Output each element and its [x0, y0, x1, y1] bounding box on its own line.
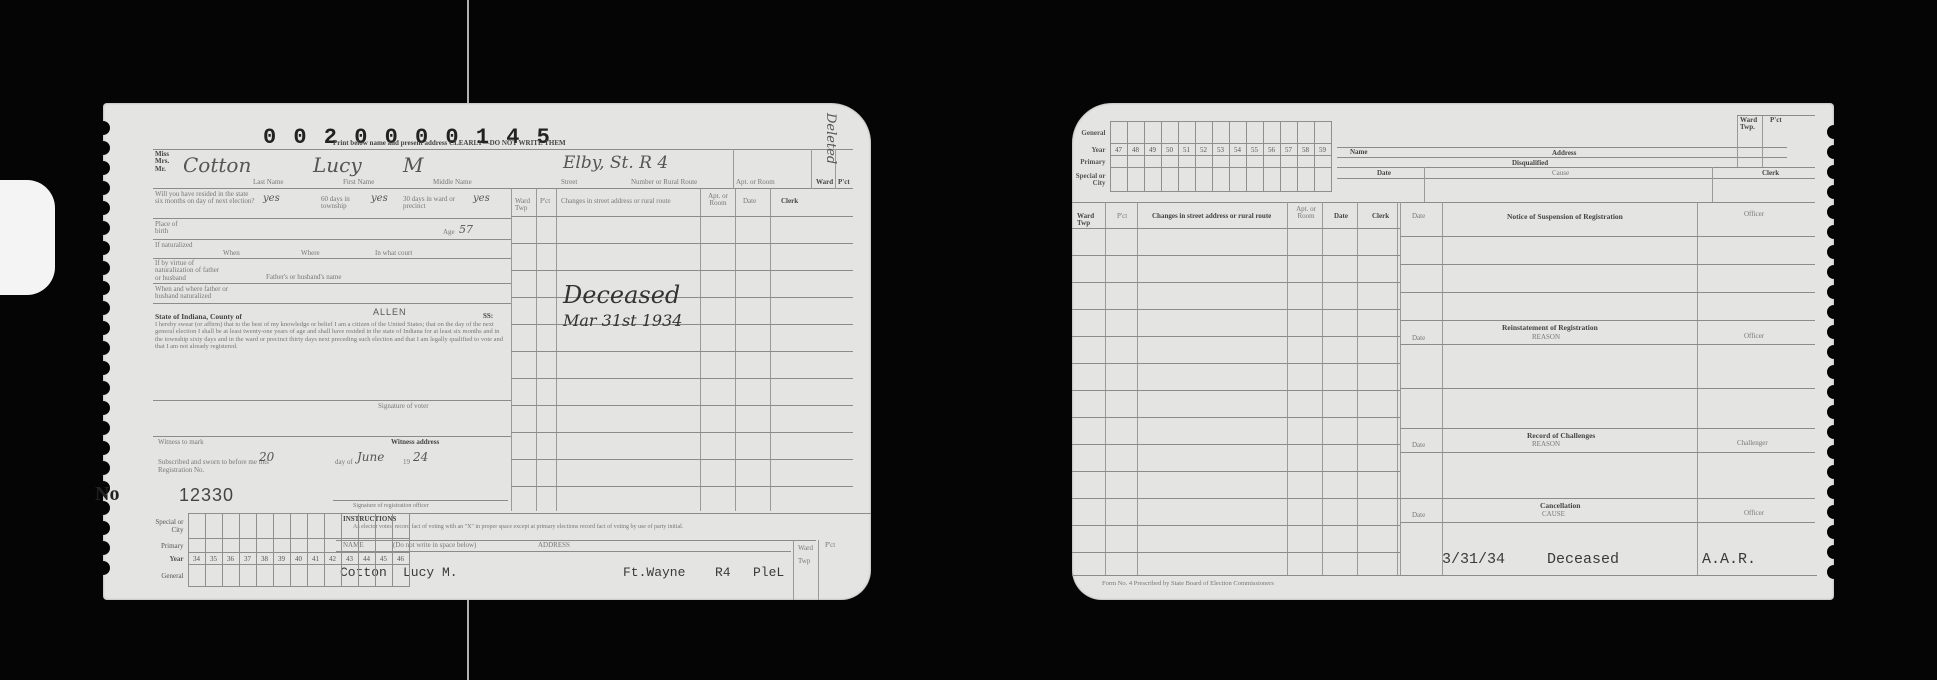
header-instruction: Print below name and present address CLE…	[333, 140, 566, 147]
cancellation-officer-value: A.A.R.	[1702, 551, 1756, 568]
reinstatement-reason-label: REASON	[1532, 334, 1560, 341]
changes-header-address: Changes in street address or rural route	[1152, 213, 1271, 220]
residency-answer-state: yes	[263, 193, 280, 204]
reinstatement-title: Reinstatement of Registration	[1502, 324, 1598, 332]
changes-header-apt: Apt. or Room	[1292, 206, 1320, 221]
scalloped-edge	[96, 121, 110, 581]
registration-officer-signature	[263, 485, 267, 499]
challenges-reason-label: REASON	[1532, 441, 1560, 448]
typed-ward: R4	[715, 565, 731, 580]
cause-label: Cause	[1552, 170, 1569, 177]
residency-question: Will you have resided in the state six m…	[155, 191, 255, 206]
signature-of-voter-label: Signature of voter	[378, 403, 429, 410]
first-name-value: Lucy	[313, 153, 362, 177]
registration-number: 12330	[179, 485, 234, 506]
name-label: Name	[1350, 149, 1368, 156]
cancellation-officer-label: Officer	[1744, 510, 1764, 517]
place-of-birth-label: Place of birth	[155, 221, 185, 236]
age-value: 57	[459, 223, 473, 236]
changes-header-clerk: Clerk	[1372, 213, 1389, 220]
challenges-date-label: Date	[1412, 442, 1425, 449]
subscribed-day-value: 20	[259, 450, 274, 464]
father-naturalized-label: When and where father or husband natural…	[155, 286, 250, 301]
cancellation-date-label: Date	[1412, 512, 1425, 519]
residency-ward-label: 30 days in ward or precinct	[403, 196, 468, 211]
number-label: Number or Rural Route	[631, 179, 697, 186]
ward-label: Ward	[816, 179, 833, 186]
reinstatement-officer-label: Officer	[1744, 333, 1764, 340]
changes-header-pct: P'ct	[540, 198, 550, 205]
cancellation-title: Cancellation	[1540, 502, 1580, 510]
registration-card-back: General Year 47484950515253545556575859 …	[1072, 103, 1834, 600]
clerk-label: Clerk	[1762, 170, 1779, 177]
cancellation-date-value: 3/31/34	[1442, 551, 1505, 568]
subscribed-month-value: June	[357, 450, 384, 464]
day-of-label: day of	[335, 459, 353, 466]
county-value: ALLEN	[373, 307, 407, 317]
suspension-date-label: Date	[1412, 213, 1425, 220]
changes-header-ward: Ward Twp	[515, 198, 535, 213]
changes-header-address: Changes in street address or rural route	[561, 198, 671, 205]
title-prefixes: Miss Mrs. Mr.	[155, 151, 169, 173]
naturalized-when-label: When	[223, 250, 240, 257]
father-name-label: Father's or husband's name	[266, 274, 341, 281]
street-label: Street	[561, 179, 577, 186]
oath-text: I hereby swear (or affirm) that to the b…	[155, 321, 507, 351]
middle-name-label: Middle Name	[433, 179, 472, 186]
challenges-challenger-label: Challenger	[1737, 440, 1768, 447]
residency-answer-township: yes	[371, 193, 388, 204]
margin-note: Deleted	[823, 113, 838, 164]
instructions-address-col: ADDRESS	[538, 542, 570, 549]
handwritten-deceased: Deceased	[563, 281, 680, 309]
pct-label: P'ct	[1770, 117, 1782, 124]
residency-answer-ward: yes	[473, 193, 490, 204]
ss-label: SS:	[483, 313, 493, 320]
suspension-title: Notice of Suspension of Registration	[1507, 213, 1623, 221]
date-label: Date	[1377, 170, 1391, 177]
changes-header-clerk: Clerk	[781, 198, 798, 205]
street-value: Elby, St. R 4	[563, 153, 668, 173]
apt-label: Apt. or Room	[736, 179, 775, 186]
typed-pct: PleL	[753, 565, 784, 580]
registration-no-label: Registration No.	[158, 467, 204, 474]
last-name-label: Last Name	[253, 179, 284, 186]
scalloped-edge	[1827, 125, 1841, 585]
naturalized-if-label: If naturalized	[155, 242, 195, 249]
challenges-title: Record of Challenges	[1527, 432, 1595, 440]
cancellation-cause-value: Deceased	[1547, 551, 1619, 568]
age-label: Age	[443, 229, 455, 236]
subscribed-year-value: 24	[413, 450, 428, 464]
registration-card-front: 0 0 2 0 0 0 0 1 4 5 Print below name and…	[103, 103, 871, 600]
last-name-value: Cotton	[183, 153, 251, 177]
witness-label: Witness to mark	[158, 439, 204, 446]
film-edge-blob	[0, 180, 55, 295]
state-county-label: State of Indiana, County of	[155, 313, 242, 321]
changes-header-date: Date	[1334, 213, 1348, 220]
pct-label: P'ct	[838, 179, 850, 186]
naturalized-court-label: In what court	[375, 250, 412, 257]
cancellation-cause-label: CAUSE	[1542, 511, 1565, 518]
no-symbol: No	[95, 483, 119, 506]
changes-header-apt: Apt. or Room	[703, 193, 733, 208]
registration-officer-label: Signature of registration officer	[353, 503, 429, 509]
ward-twp-label: Ward Twp.	[1740, 117, 1760, 132]
middle-name-value: M	[403, 153, 423, 177]
naturalized-virtue-label: If by virtue of naturalization of father…	[155, 260, 225, 282]
residency-township-label: 60 days in township	[321, 196, 376, 211]
handwritten-deceased-date: Mar 31st 1934	[563, 311, 682, 330]
voter-signature	[283, 371, 288, 389]
year-prefix: 19	[403, 459, 410, 466]
naturalized-where-label: Where	[301, 250, 320, 257]
voting-year-grid: General Year 47484950515253545556575859 …	[1072, 121, 1332, 192]
form-footer: Form No. 4 Prescribed by State Board of …	[1102, 581, 1274, 588]
address-label: Address	[1552, 150, 1576, 157]
typed-first-name: Lucy M.	[403, 565, 458, 580]
suspension-officer-label: Officer	[1744, 211, 1764, 218]
changes-header-ward: Ward Twp	[1077, 213, 1097, 228]
typed-city: Ft.Wayne	[623, 565, 685, 580]
changes-header-date: Date	[743, 198, 756, 205]
instructions-pct-col: P'ct	[825, 542, 835, 549]
changes-header-pct: P'ct	[1117, 213, 1127, 220]
instructions-ward-col: Ward Twp	[798, 542, 814, 567]
witness-address-label: Witness address	[391, 439, 439, 446]
first-name-label: First Name	[343, 179, 374, 186]
reinstatement-date-label: Date	[1412, 335, 1425, 342]
voting-year-grid: Special or City Primary Year 34353637383…	[148, 513, 410, 587]
